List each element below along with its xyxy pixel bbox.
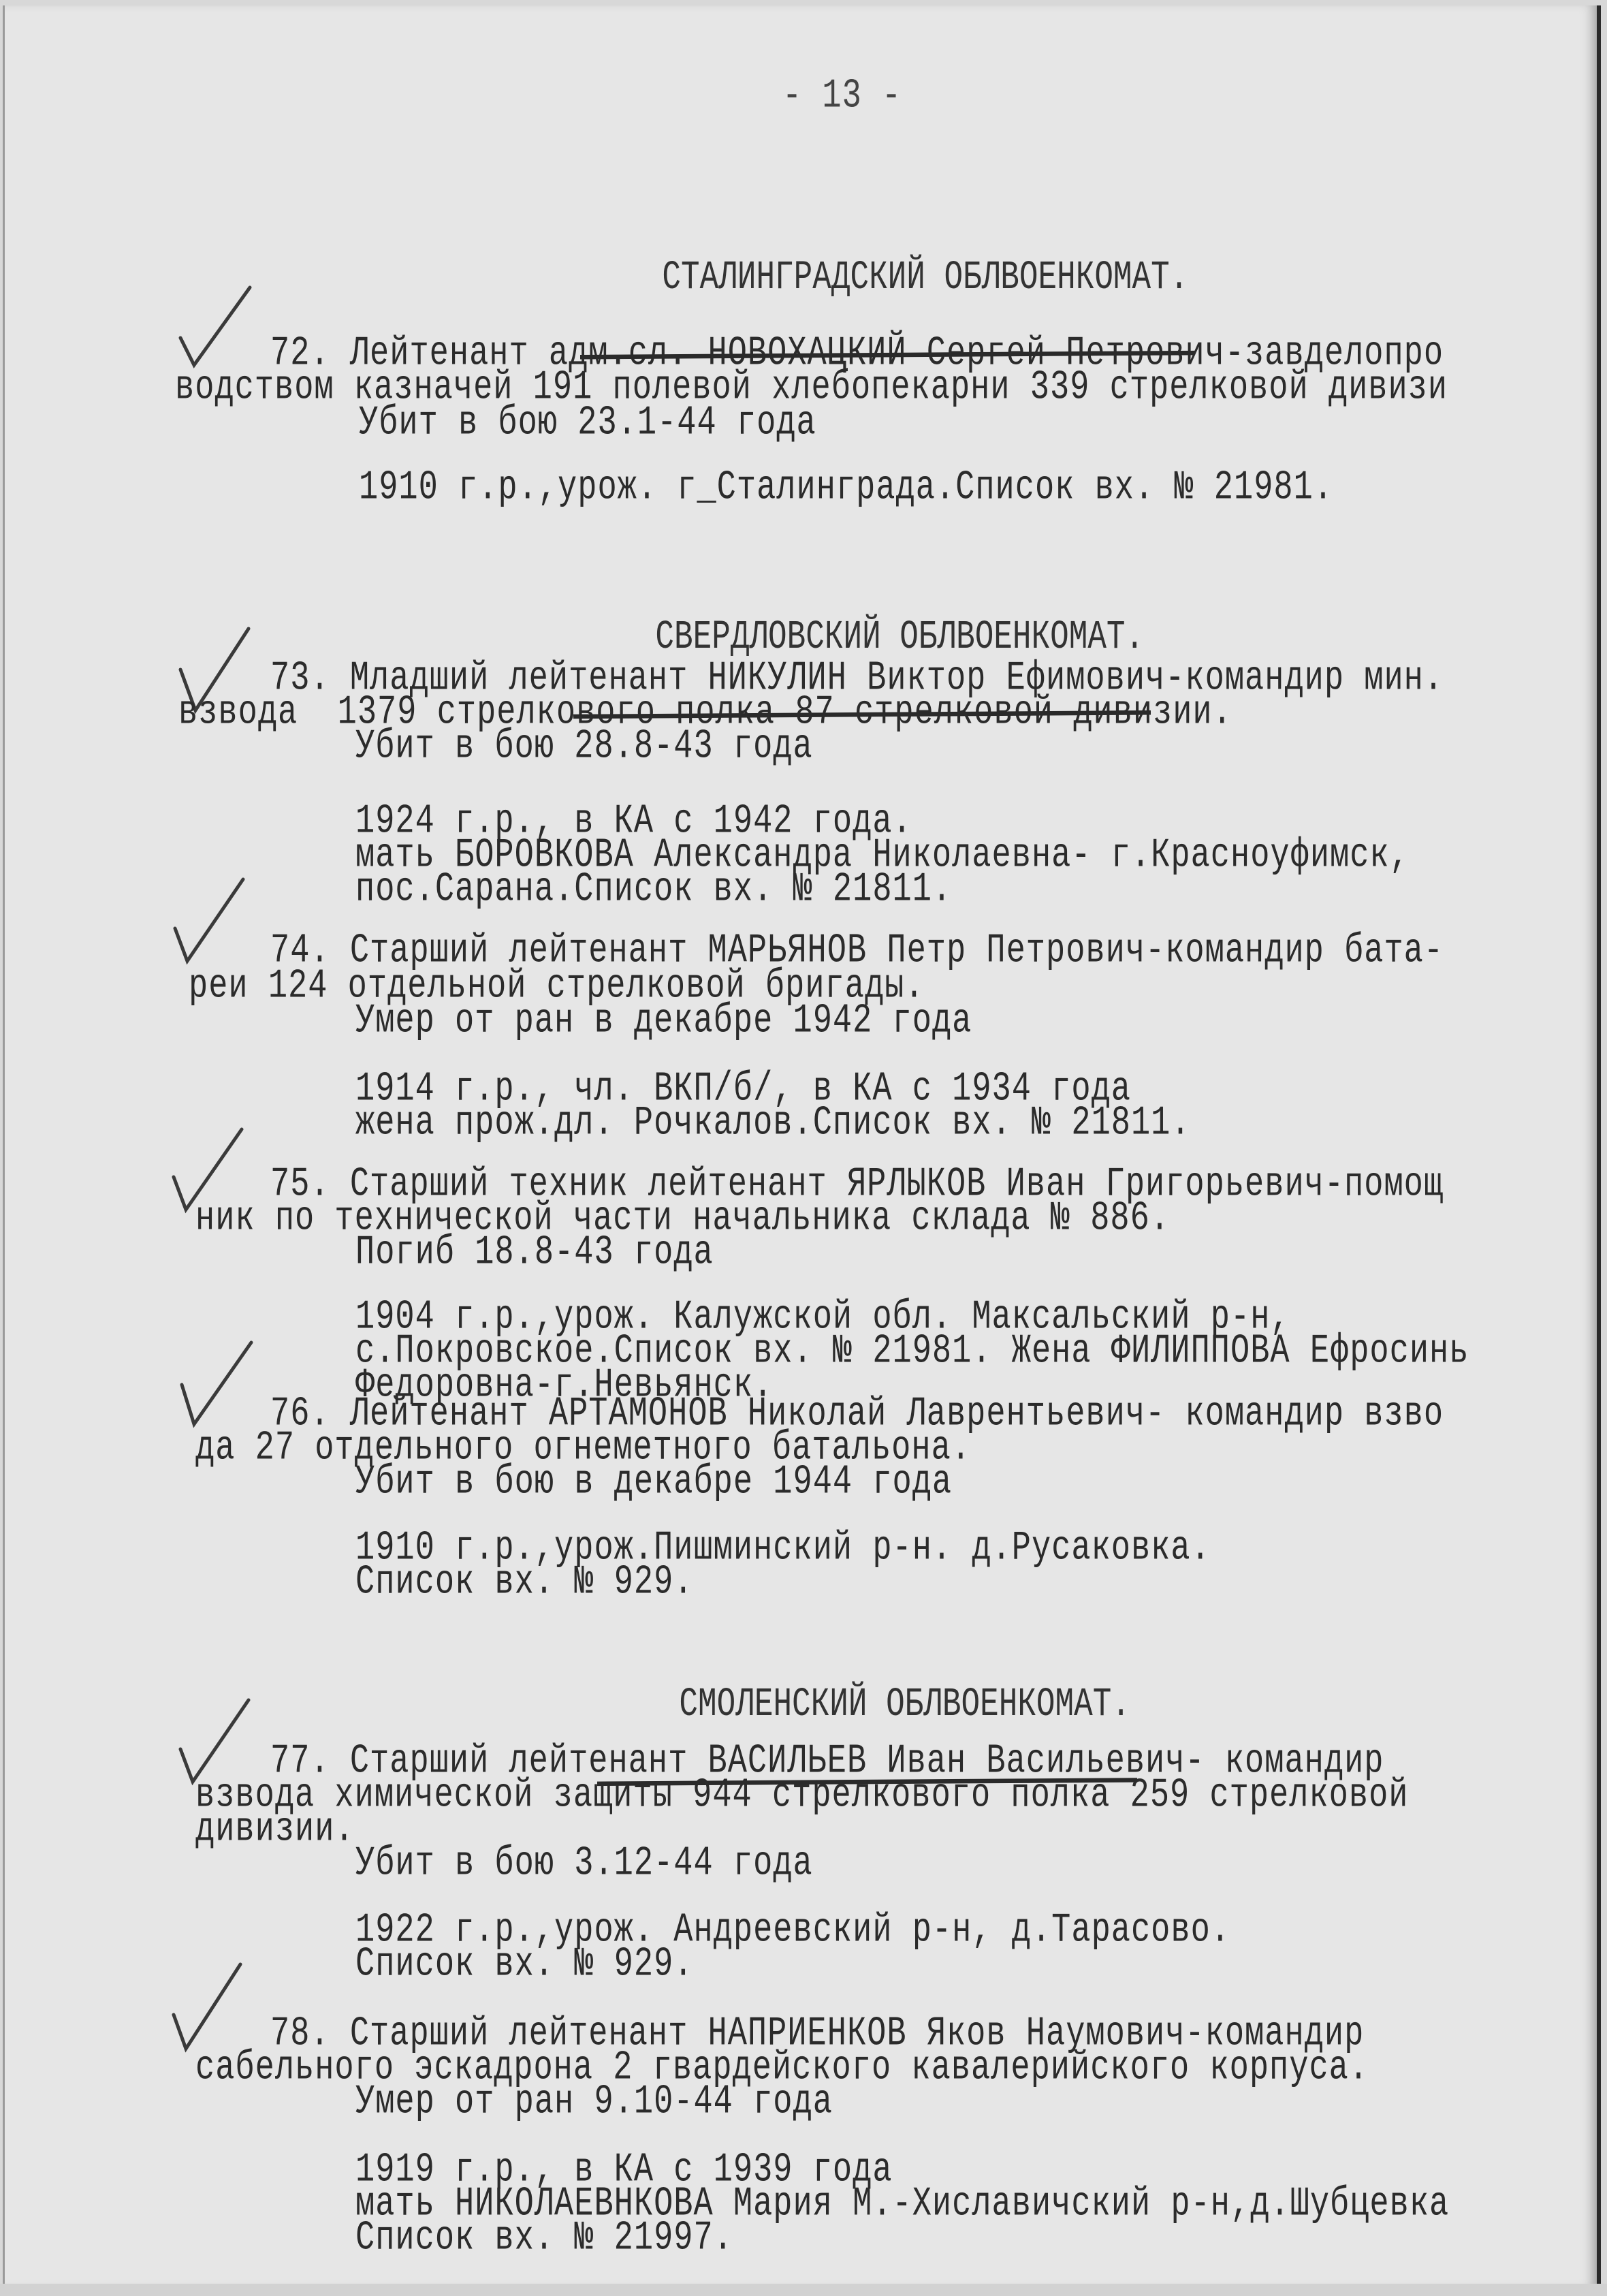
checkmark-icon <box>175 1337 257 1432</box>
section-heading-stalingrad: СТАЛИНГРАДСКИЙ ОБЛВОЕНКОМАТ. <box>587 208 1188 347</box>
checkmark-icon <box>168 1960 250 2056</box>
scan-border <box>0 2284 1607 2296</box>
document-page: - 13 - СТАЛИНГРАДСКИЙ ОБЛВОЕНКОМАТ. 72. … <box>3 5 1601 2287</box>
checkmark-icon <box>175 278 257 373</box>
checkmark-icon <box>168 874 250 969</box>
page-number: - 13 - <box>782 74 902 120</box>
